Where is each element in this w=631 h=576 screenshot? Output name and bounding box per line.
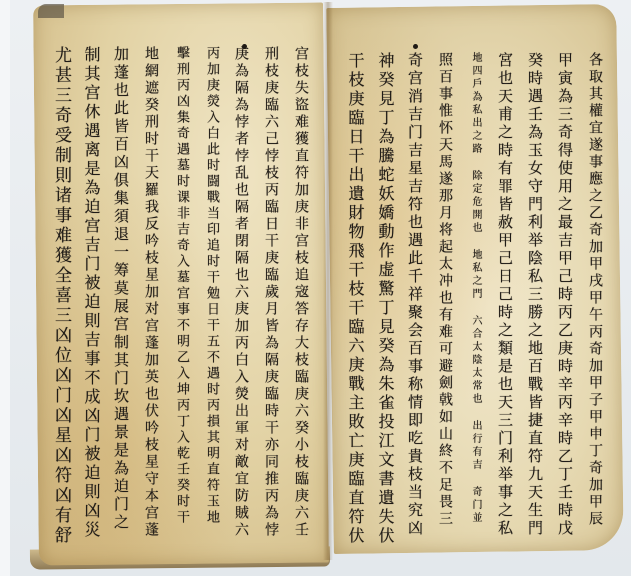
text-column: 干枝庚臨日干出遺財物飛干枝干臨六庚戰主敗亡庚臨直符伏 [340, 52, 370, 552]
text-column: 擊刑丙凶集奇遇墓时课非吉奇入墓宫事不明乙入坤丙丁入乾壬癸时干 [166, 46, 196, 546]
text-column: 照百事惟怀天馬遂那月将起太冲也有难可避劍戟如山終不足畏三 [430, 52, 460, 552]
background-left-strip [0, 0, 10, 576]
book-gutter [323, 2, 333, 560]
right-page-text: 各取其權宜遂事應之乙奇加甲戌甲午丙奇加甲子甲申丁奇加甲辰 甲寅為三奇得使用之最吉… [340, 52, 610, 552]
ink-dot [413, 44, 418, 49]
text-column: 丙加庚熒入白此时闘戰当印追时干勉日干五不遇时丙損其明直符玉地 [196, 46, 226, 546]
text-column: 加蓬也此皆百凶俱集須退一筹莫展宫制其门坎遇景是為迫门之 [106, 46, 136, 546]
text-column: 刑枝庚臨六己悖枝丙臨日干庚臨歲月皆為隔庚臨時干亦同推丙為悖 [256, 46, 286, 546]
text-column: 尤甚三奇受制則诸事难獲全喜三凶位凶门凶星凶符凶有舒 [46, 46, 76, 546]
text-column: 制其宫休遇离是為迫宫吉门被迫則吉事不成凶门被迫則凶災 [76, 46, 106, 546]
left-page-text: 宫枝失盜难獲直符加庚非宫枝追宼答存大枝臨庚六癸小枝臨庚六壬 刑枝庚臨六己悖枝丙臨… [46, 46, 316, 546]
worn-corner [38, 4, 64, 18]
text-column: 甲寅為三奇得使用之最吉甲己時丙乙庚時辛丙辛時乙丁壬時戊 [550, 52, 580, 552]
text-column: 宮也天甫之時有罪皆赦甲己日己時之類是也天三门利举事之私 [490, 52, 520, 552]
text-column: 地網遮癸刑时干天羅我反吟枝星加对宫蓬加英也伏吟枝星守本宫蓬 [136, 46, 166, 546]
text-column: 地四戶為私出之路 除定危開也 地私之門 六合太陰太常也 出行有吉 奇门並 [460, 52, 490, 552]
text-column: 神癸見丁為騰蛇妖嬌動作虚驚丁見癸為朱雀投江文書遺失伏 [370, 52, 400, 552]
text-column: 各取其權宜遂事應之乙奇加甲戌甲午丙奇加甲子甲申丁奇加甲辰 [580, 52, 610, 552]
open-manuscript: 各取其權宜遂事應之乙奇加甲戌甲午丙奇加甲子甲申丁奇加甲辰 甲寅為三奇得使用之最吉… [10, 0, 631, 576]
text-column: 庚為隔為悖者悖乱也隔者閉隔也六庚加丙白入熒出軍对敵宜防賊六 [226, 46, 256, 546]
text-column: 癸時遇壬為玉女守門利举陰私三勝之地百戰皆捷直符九天生門 [520, 52, 550, 552]
text-column: 奇宫消吉门吉星吉符也遇此千祥聚会百事称情即吃貴枝当究凶 [400, 52, 430, 552]
text-column: 宫枝失盜难獲直符加庚非宫枝追宼答存大枝臨庚六癸小枝臨庚六壬 [286, 46, 316, 546]
